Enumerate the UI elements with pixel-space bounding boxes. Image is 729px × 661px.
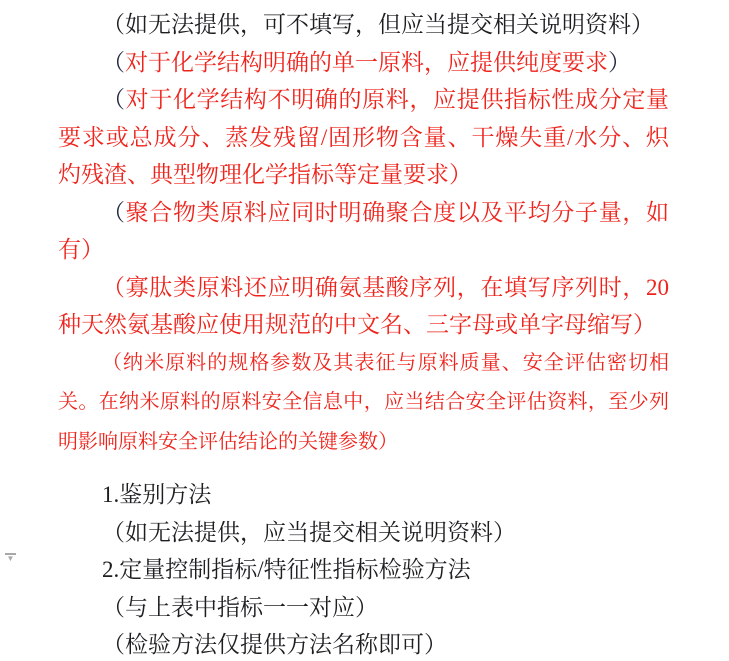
text-segment: ） [608,50,631,75]
text-segment: 明影响原料安全评估结论的关键参数） [58,431,398,453]
text-line: （聚合物类原料应同时明确聚合度以及平均分子量，如 [58,194,669,232]
text-segment: 要求或总成分、蒸发残留/固形物含量、干燥失重/水分、炽 [58,125,669,150]
text-segment: 1.鉴别方法 [102,482,211,507]
text-line: 种天然氨基酸应使用规范的中文名、三字母或单字母缩写） [58,306,669,344]
text-segment: 对于化学结构不明确的原料，应提供指标性成分定量 [126,87,669,112]
text-segment: 灼残渣、典型物理化学指标等定量要求） [58,162,472,187]
text-segment: 聚合物类原料应同时明确聚合度以及平均分子量，如 [126,200,669,225]
text-line: 关。在纳米原料的原料安全信息中，应当结合安全评估资料，至少列 [58,383,669,423]
document-body: （如无法提供，可不填写，但应当提交相关说明资料）（对于化学结构明确的单一原料，应… [0,0,729,661]
text-segment: （与上表中指标一一对应） [102,595,378,620]
text-segment: （ [102,50,125,75]
text-segment: （寡肽类原料还应明确氨基酸序列，在填写序列时，20 [102,275,669,300]
text-line: （如无法提供，应当提交相关说明资料） [58,514,669,552]
text-line: 要求或总成分、蒸发残留/固形物含量、干燥失重/水分、炽 [58,119,669,157]
text-line: （检验方法仅提供方法名称即可） [58,626,669,661]
text-line: 2.定量控制指标/特征性指标检验方法 [58,551,669,589]
text-segment: 2.定量控制指标/特征性指标检验方法 [102,557,471,582]
text-line: 灼残渣、典型物理化学指标等定量要求） [58,156,669,194]
text-segment: 有） [58,237,104,262]
text-segment: （如无法提供，可不填写，但应当提交相关说明资料） [102,12,654,37]
text-segment: （纳米原料的规格参数及其表征与原料质量、安全评估密切相 [102,352,669,374]
text-line: 1.鉴别方法 [58,476,669,514]
text-segment: （ [102,87,126,112]
text-segment: 种天然氨基酸应使用规范的中文名、三字母或单字母缩写） [58,312,656,337]
text-line: （纳米原料的规格参数及其表征与原料质量、安全评估密切相 [58,344,669,384]
text-line: （寡肽类原料还应明确氨基酸序列，在填写序列时，20 [58,269,669,307]
text-line: （对于化学结构不明确的原料，应提供指标性成分定量 [58,81,669,119]
text-line: （对于化学结构明确的单一原料，应提供纯度要求） [58,44,669,82]
text-segment: （检验方法仅提供方法名称即可） [102,632,447,657]
text-segment: （ [102,200,126,225]
text-segment: 关。在纳米原料的原料安全信息中，应当结合安全评估资料，至少列 [58,391,669,413]
text-line: （如无法提供，可不填写，但应当提交相关说明资料） [58,6,669,44]
text-line: 明影响原料安全评估结论的关键参数） [58,423,669,463]
text-segment: 对于化学结构明确的单一原料，应提供纯度要求 [125,50,608,75]
text-segment: （如无法提供，应当提交相关说明资料） [102,520,516,545]
margin-annotation-marker-icon: ▼ [5,553,16,563]
text-line: （与上表中指标一一对应） [58,589,669,627]
text-line: 有） [58,231,669,269]
